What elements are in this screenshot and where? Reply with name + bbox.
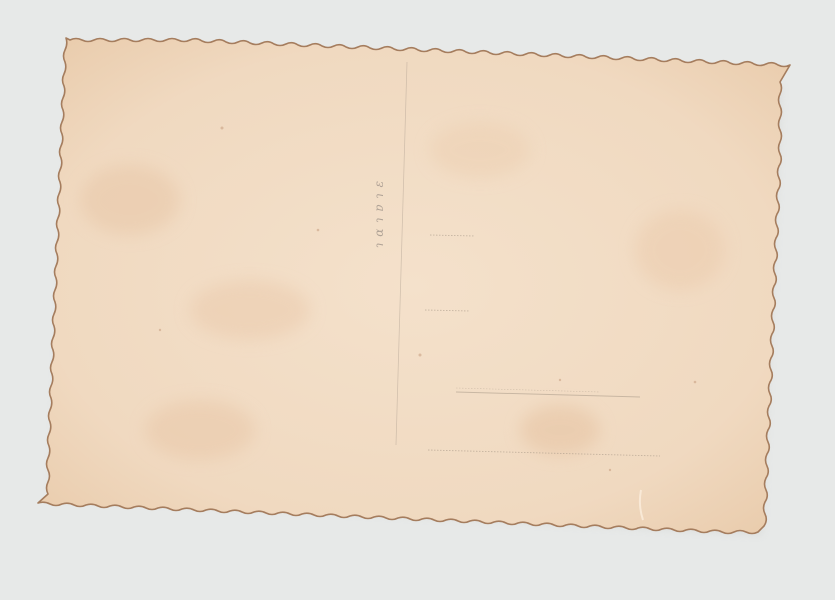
handwritten-note: ɿ ɑ ɿ ɐ ɿ ɛ — [372, 180, 386, 248]
postcard: ɿ ɑ ɿ ɐ ɿ ɛ — [0, 0, 835, 600]
postcard-illustration — [0, 0, 835, 600]
